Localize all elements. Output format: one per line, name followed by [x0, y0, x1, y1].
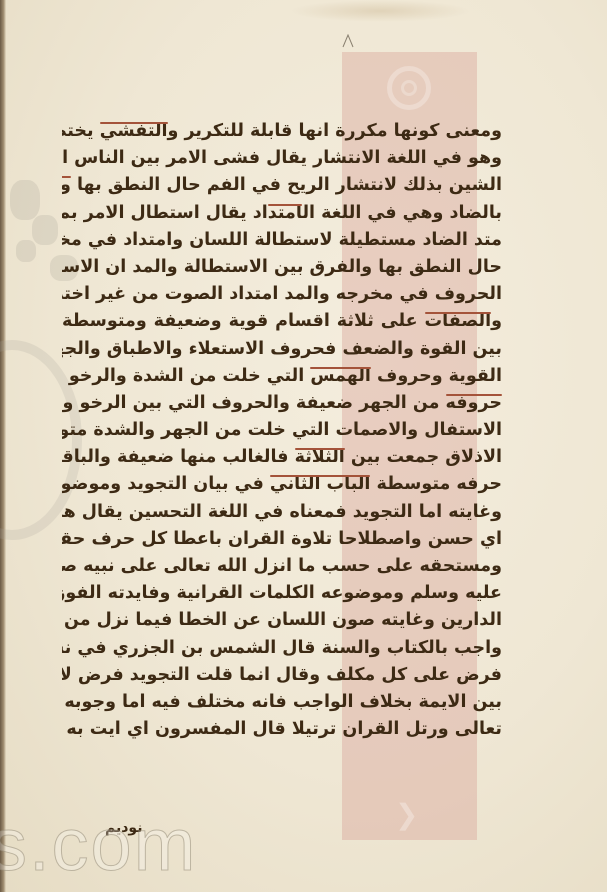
text-line: الاذلاق جمعت بين الثلاثة فالغالب منها ضع…	[62, 444, 502, 471]
watermark-chevron-icon: ❯	[395, 800, 435, 830]
text-line: حروفه من الجهر ضعيفة والحروف التي بين ال…	[62, 390, 502, 417]
manuscript-page: ❯ ومعنى كونها مكررة انها قابلة للتكرير و…	[0, 0, 607, 892]
text-line: القوية وحروف الهمس التي خلت من الشدة وال…	[62, 363, 502, 390]
text-line: بالضاد وهي في اللغة الامتداد يقال استطال…	[62, 200, 502, 227]
paper-stain	[290, 0, 470, 22]
rubricated-word: الصفات	[425, 311, 492, 331]
text-line: متد الضاد مستطيلة لاستطالة اللسان وامتدا…	[62, 227, 502, 254]
text-line: الدارين وغايته صون اللسان عن الخطا فيما …	[62, 607, 502, 634]
rubricated-word: حروفه	[446, 393, 502, 413]
text-line: واجب بالكتاب والسنة قال الشمس بن الجزري …	[62, 635, 502, 662]
rubricated-word: الهمس	[310, 366, 371, 386]
text-line: بين القوة والضعف فحروف الاستعلاء والاطبا…	[62, 336, 502, 363]
text-line: ومعنى كونها مكررة انها قابلة للتكرير وال…	[62, 118, 502, 145]
rubricated-word: الباب الثاني	[270, 474, 371, 494]
rubricated-word: والاستطالة	[62, 175, 71, 195]
text-line: الحروف في مخرجه والمد امتداد الصوت من غي…	[62, 281, 502, 308]
text-line: عليه وسلم وموضوعه الكلمات القرانية وفايد…	[62, 580, 502, 607]
text-line: بين الايمة بخلاف الواجب فانه مختلف فيه ا…	[62, 689, 502, 716]
text-line: تعالى ورتل القران ترتيلا قال المفسرون اي…	[62, 716, 502, 743]
text-line: وهو في اللغة الانتشار يقال فشى الامر بين…	[62, 145, 502, 172]
rubricated-word: التفشي	[100, 121, 168, 141]
text-line: الشين بذلك لانتشار الريح في الفم حال الن…	[62, 172, 502, 199]
text-line: حال النطق بها والفرق بين الاستطالة والمد…	[62, 254, 502, 281]
embossed-watermark-text: s.com	[0, 808, 197, 882]
text-line: الاستفال والاصمات التي خلت من الجهر والش…	[62, 417, 502, 444]
text-line: فرض على كل مكلف وقال انما قلت التجويد فر…	[62, 662, 502, 689]
rubricated-word: الثلاثة	[295, 447, 345, 467]
fold-mark-icon	[342, 34, 354, 48]
text-line: والصفات على ثلاثة اقسام قوية وضعيفة ومتو…	[62, 308, 502, 335]
text-line: وغايته اما التجويد فمعناه في اللغة التحس…	[62, 499, 502, 526]
text-line: ومستحقه على حسب ما انزل الله تعالى على ن…	[62, 553, 502, 580]
watermark-logo-icon	[387, 66, 431, 110]
text-line: حرفه متوسطة الباب الثاني في بيان التجويد…	[62, 471, 502, 498]
manuscript-text: ومعنى كونها مكررة انها قابلة للتكرير وال…	[62, 118, 502, 743]
rubricated-word: امتد	[268, 203, 303, 223]
text-line: اي حسن واصطلاحا تلاوة القران باعطا كل حر…	[62, 526, 502, 553]
